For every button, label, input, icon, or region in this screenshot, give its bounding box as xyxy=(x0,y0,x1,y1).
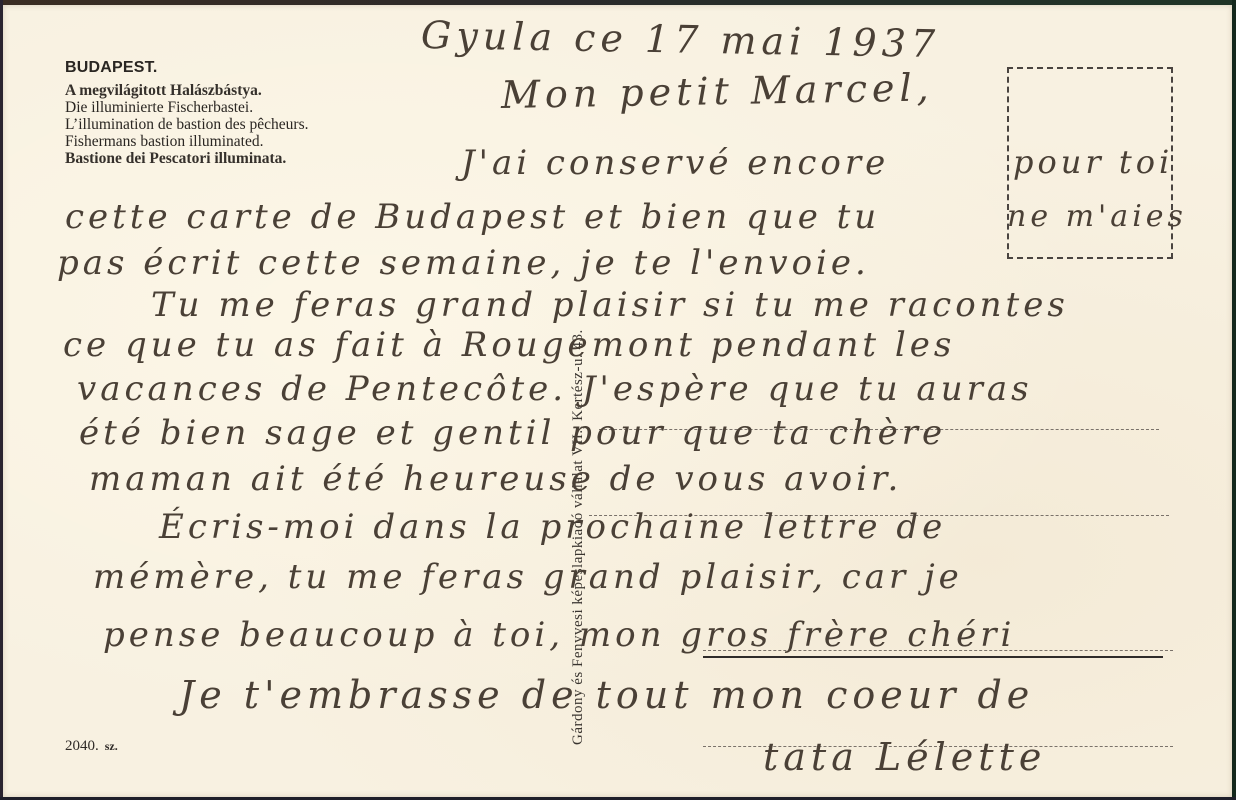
caption-line-hungarian: A megvilágitott Halászbástya. xyxy=(65,82,309,99)
letter-line: Tu me feras grand plaisir si tu me racon… xyxy=(151,285,1069,325)
letter-line: ne m'aies xyxy=(1007,199,1187,234)
caption-line-english: Fishermans bastion illuminated. xyxy=(65,133,309,150)
letter-line: J'ai conservé encore xyxy=(461,143,889,183)
letter-line: Écris-moi dans la prochaine lettre de xyxy=(159,507,946,547)
letter-line: ce que tu as fait à Rougemont pendant le… xyxy=(63,325,955,365)
catalog-number: 2040.sz. xyxy=(65,738,118,755)
catalog-number-value: 2040. xyxy=(65,738,99,754)
letter-dateline: Gyula ce 17 mai 1937 xyxy=(421,13,941,66)
letter-line: pour toi xyxy=(1013,143,1173,181)
letter-line: pas écrit cette semaine, je te l'envoie. xyxy=(57,243,870,283)
letter-line: pense beaucoup à toi, mon gros frère ché… xyxy=(103,615,1015,655)
letter-line: mémère, tu me feras grand plaisir, car j… xyxy=(93,557,963,597)
letter-line: maman ait été heureuse de vous avoir. xyxy=(89,459,902,499)
letter-line: Je t'embrasse de tout mon coeur de xyxy=(179,673,1034,717)
letter-salutation: Mon petit Marcel, xyxy=(501,65,934,117)
caption-line-italian: Bastione dei Pescatori illuminata. xyxy=(65,150,309,167)
caption-line-german: Die illuminierte Fischerbastei. xyxy=(65,99,309,116)
printed-caption: BUDAPEST. A megvilágitott Halászbástya. … xyxy=(65,59,309,167)
address-underline xyxy=(703,656,1163,658)
letter-line: cette carte de Budapest et bien que tu xyxy=(65,197,880,237)
caption-title: BUDAPEST. xyxy=(65,59,309,76)
letter-signature: tata Lélette xyxy=(763,735,1046,779)
caption-line-french: L’illumination de bastion des pêcheurs. xyxy=(65,116,309,133)
letter-line: été bien sage et gentil pour que ta chèr… xyxy=(79,413,946,453)
postcard-edge-right xyxy=(1232,0,1236,800)
postcard-back: BUDAPEST. A megvilágitott Halászbástya. … xyxy=(3,5,1232,797)
letter-line: vacances de Pentecôte. J'espère que tu a… xyxy=(77,369,1033,409)
catalog-number-suffix: sz. xyxy=(105,739,118,753)
